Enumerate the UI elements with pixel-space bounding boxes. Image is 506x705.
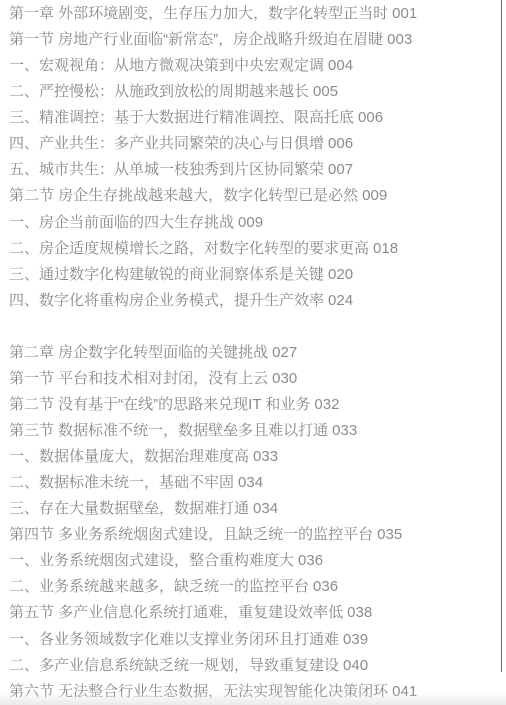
- toc-entry-label: 第二节 没有基于“在线”的思路来兑现IT 和业务: [9, 396, 310, 413]
- toc-entry-page: 018: [373, 240, 398, 257]
- toc-entry-page: 007: [328, 161, 353, 178]
- toc-entry-label: 第一节 平台和技术相对封闭，没有上云: [9, 370, 268, 387]
- toc-entry-page: 005: [313, 83, 338, 100]
- toc-entry[interactable]: 第二节 房企生存挑战越来越大，数字化转型已是必然009: [9, 183, 501, 209]
- toc-entry[interactable]: 第一章 外部环境剧变，生存压力加大，数字化转型正当时001: [9, 1, 501, 27]
- toc-entry[interactable]: 三、通过数字化构建敏锐的商业洞察体系是关键020: [9, 262, 501, 288]
- toc-entry[interactable]: 四、产业共生：多产业共同繁荣的决心与日俱增006: [9, 131, 501, 157]
- toc-entry-label: 二、数据标准未统一，基础不牢固: [9, 474, 234, 491]
- toc-entry-label: 一、各业务领域数字化难以支撑业务闭环且打通难: [9, 631, 339, 648]
- toc-entry-page: 020: [328, 266, 353, 283]
- toc-entry[interactable]: 三、精准调控：基于大数据进行精准调控、限高托底006: [9, 105, 501, 131]
- toc-entry-page: 001: [392, 5, 417, 22]
- toc-entry[interactable]: 四、数字化将重构房企业务模式，提升生产效率024: [9, 288, 501, 314]
- toc-entry-label: 四、产业共生：多产业共同繁荣的决心与日俱增: [9, 135, 324, 152]
- toc-entry-label: 二、严控慢松：从施政到放松的周期越来越长: [9, 83, 309, 100]
- toc-entry[interactable]: 第一节 房地产行业面临“新常态”，房企战略升级迫在眉睫003: [9, 27, 501, 53]
- toc-entry-page: 035: [377, 526, 402, 543]
- toc-entry[interactable]: 二、多产业信息系统缺乏统一规划，导致重复建设040: [9, 653, 501, 679]
- pane-divider-line: [501, 0, 502, 672]
- toc-entry-page: 032: [314, 396, 339, 413]
- toc-entry-page: 033: [332, 422, 357, 439]
- toc-entry-label: 第五节 多产业信息化系统打通难，重复建设效率低: [9, 604, 343, 621]
- toc-entry[interactable]: 第二节 没有基于“在线”的思路来兑现IT 和业务032: [9, 392, 501, 418]
- toc-entry-page: 034: [253, 500, 278, 517]
- toc-entry-label: 第二章 房企数字化转型面临的关键挑战: [9, 344, 268, 361]
- toc-entry-label: 三、通过数字化构建敏锐的商业洞察体系是关键: [9, 266, 324, 283]
- toc-entry-page: 038: [347, 604, 372, 621]
- toc-entry[interactable]: 三、存在大量数据壁垒，数据难打通034: [9, 496, 501, 522]
- toc-entry-label: 二、房企适度规模增长之路，对数字化转型的要求更高: [9, 240, 369, 257]
- toc-entry-page: 006: [358, 109, 383, 126]
- toc-entry-page: 024: [328, 292, 353, 309]
- toc-entry[interactable]: 一、各业务领域数字化难以支撑业务闭环且打通难039: [9, 627, 501, 653]
- toc-entry[interactable]: 二、严控慢松：从施政到放松的周期越来越长005: [9, 79, 501, 105]
- toc-entry-label: 一、业务系统烟囱式建设，整合重构难度大: [9, 552, 294, 569]
- toc-entry-page: 004: [328, 57, 353, 74]
- toc-entry-page: 040: [343, 657, 368, 674]
- toc-entry[interactable]: 二、数据标准未统一，基础不牢固034: [9, 470, 501, 496]
- toc-entry[interactable]: 第三节 数据标准不统一，数据壁垒多且难以打通033: [9, 418, 501, 444]
- toc-entry-page: 036: [313, 578, 338, 595]
- toc-entry[interactable]: 五、城市共生：从单城一枝独秀到片区协同繁荣007: [9, 157, 501, 183]
- toc-entry-page: 034: [238, 474, 263, 491]
- toc-entry-label: 第三节 数据标准不统一，数据壁垒多且难以打通: [9, 422, 328, 439]
- toc-entry-label: 第四节 多业务系统烟囱式建设，且缺乏统一的监控平台: [9, 526, 373, 543]
- toc-entry[interactable]: 第五节 多产业信息化系统打通难，重复建设效率低038: [9, 600, 501, 626]
- toc-entry[interactable]: 一、宏观视角：从地方微观决策到中央宏观定调004: [9, 53, 501, 79]
- toc-entry-label: 第二节 房企生存挑战越来越大，数字化转型已是必然: [9, 187, 358, 204]
- toc-entry-page: 009: [362, 187, 387, 204]
- toc-entry[interactable]: 一、数据体量庞大，数据治理难度高033: [9, 444, 501, 470]
- toc-entry-page: 039: [343, 631, 368, 648]
- toc-entry-page: 041: [392, 683, 417, 700]
- toc-entry-label: 三、存在大量数据壁垒，数据难打通: [9, 500, 249, 517]
- toc-entry[interactable]: 一、房企当前面临的四大生存挑战009: [9, 210, 501, 236]
- toc-entry-label: 第六节 无法整合行业生态数据，无法实现智能化决策闭环: [9, 683, 388, 700]
- toc-entry[interactable]: 第四节 多业务系统烟囱式建设，且缺乏统一的监控平台035: [9, 522, 501, 548]
- toc-entry-page: 009: [238, 214, 263, 231]
- toc-entry[interactable]: 一、业务系统烟囱式建设，整合重构难度大036: [9, 548, 501, 574]
- toc-entry-label: 第一节 房地产行业面临“新常态”，房企战略升级迫在眉睫: [9, 31, 383, 48]
- toc-entry-label: 二、业务系统越来越多，缺乏统一的监控平台: [9, 578, 309, 595]
- toc-entry-label: 第一章 外部环境剧变，生存压力加大，数字化转型正当时: [9, 5, 388, 22]
- toc-spacer: [9, 314, 501, 340]
- toc-entry-page: 003: [387, 31, 412, 48]
- toc-entry-page: 027: [272, 344, 297, 361]
- toc-entry-page: 036: [298, 552, 323, 569]
- toc-entry-label: 二、多产业信息系统缺乏统一规划，导致重复建设: [9, 657, 339, 674]
- toc-entry-label: 三、精准调控：基于大数据进行精准调控、限高托底: [9, 109, 354, 126]
- toc-entry[interactable]: 二、业务系统越来越多，缺乏统一的监控平台036: [9, 574, 501, 600]
- toc-entry-label: 一、房企当前面临的四大生存挑战: [9, 214, 234, 231]
- toc-entry-label: 五、城市共生：从单城一枝独秀到片区协同繁荣: [9, 161, 324, 178]
- toc-entry-label: 四、数字化将重构房企业务模式，提升生产效率: [9, 292, 324, 309]
- toc-page: 第一章 外部环境剧变，生存压力加大，数字化转型正当时001 第一节 房地产行业面…: [0, 0, 506, 705]
- toc-entry-label: 一、数据体量庞大，数据治理难度高: [9, 448, 249, 465]
- toc-entry[interactable]: 二、房企适度规模增长之路，对数字化转型的要求更高018: [9, 236, 501, 262]
- toc-entry[interactable]: 第六节 无法整合行业生态数据，无法实现智能化决策闭环041: [9, 679, 501, 705]
- toc-entry-page: 033: [253, 448, 278, 465]
- toc-entry-page: 006: [328, 135, 353, 152]
- toc-entry-label: 一、宏观视角：从地方微观决策到中央宏观定调: [9, 57, 324, 74]
- toc-list: 第一章 外部环境剧变，生存压力加大，数字化转型正当时001 第一节 房地产行业面…: [9, 1, 501, 705]
- toc-entry-page: 030: [272, 370, 297, 387]
- toc-entry[interactable]: 第一节 平台和技术相对封闭，没有上云030: [9, 366, 501, 392]
- toc-entry[interactable]: 第二章 房企数字化转型面临的关键挑战027: [9, 340, 501, 366]
